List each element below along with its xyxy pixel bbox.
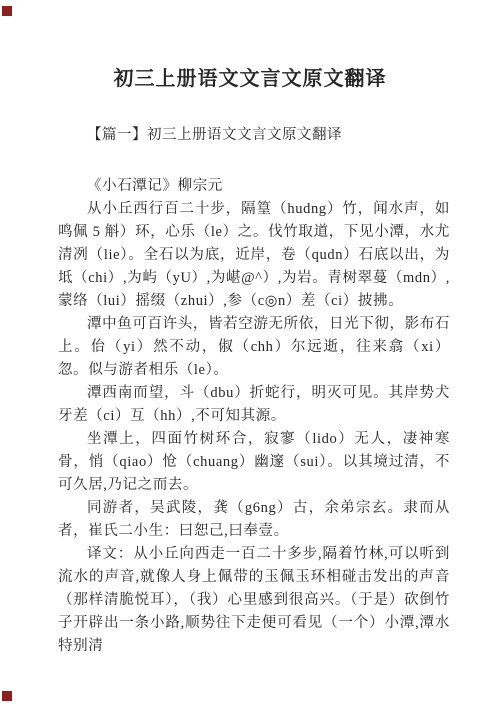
section-heading: 【篇一】初三上册语文文言文原文翻译 — [58, 125, 450, 145]
paragraph-original-2: 潭中鱼可百许头，皆若空游无所依，日光下彻，影布石上。佁（yi）然不动，俶（chh… — [58, 313, 450, 382]
paragraph-original-1: 从小丘西行百二十步，隔篁（hudng）竹，闻水声，如鸣佩 5 斛）环，心乐（le… — [58, 198, 450, 313]
document-body: 《小石潭记》柳宗元 从小丘西行百二十步，隔篁（hudng）竹，闻水声，如鸣佩 5… — [58, 175, 450, 658]
byline: 《小石潭记》柳宗元 — [58, 175, 450, 198]
paragraph-translation: 译文：从小丘向西走一百二十多步,隔着竹林,可以听到流水的声音,就像人身上佩带的玉… — [58, 543, 450, 658]
paragraph-original-4: 坐潭上，四面竹树环合，寂寥（lido）无人，凄神寒骨，悄（qiao）怆（chua… — [58, 428, 450, 497]
paragraph-original-3: 潭西南而望，斗（dbu）折蛇行，明灭可见。其岸势犬牙差（ci）互（hh）,不可知… — [58, 382, 450, 428]
corner-mark-top-left — [2, 6, 12, 16]
document-title: 初三上册语文文言文原文翻译 — [0, 13, 500, 92]
paragraph-original-5: 同游者，吴武陵，龚（g6ng）古，余弟宗玄。隶而从者，崔氏二小生：曰恕己,曰奉壹… — [58, 497, 450, 543]
corner-mark-bottom-left — [2, 691, 12, 701]
document-page: 初三上册语文文言文原文翻译 【篇一】初三上册语文文言文原文翻译 《小石潭记》柳宗… — [0, 0, 500, 707]
